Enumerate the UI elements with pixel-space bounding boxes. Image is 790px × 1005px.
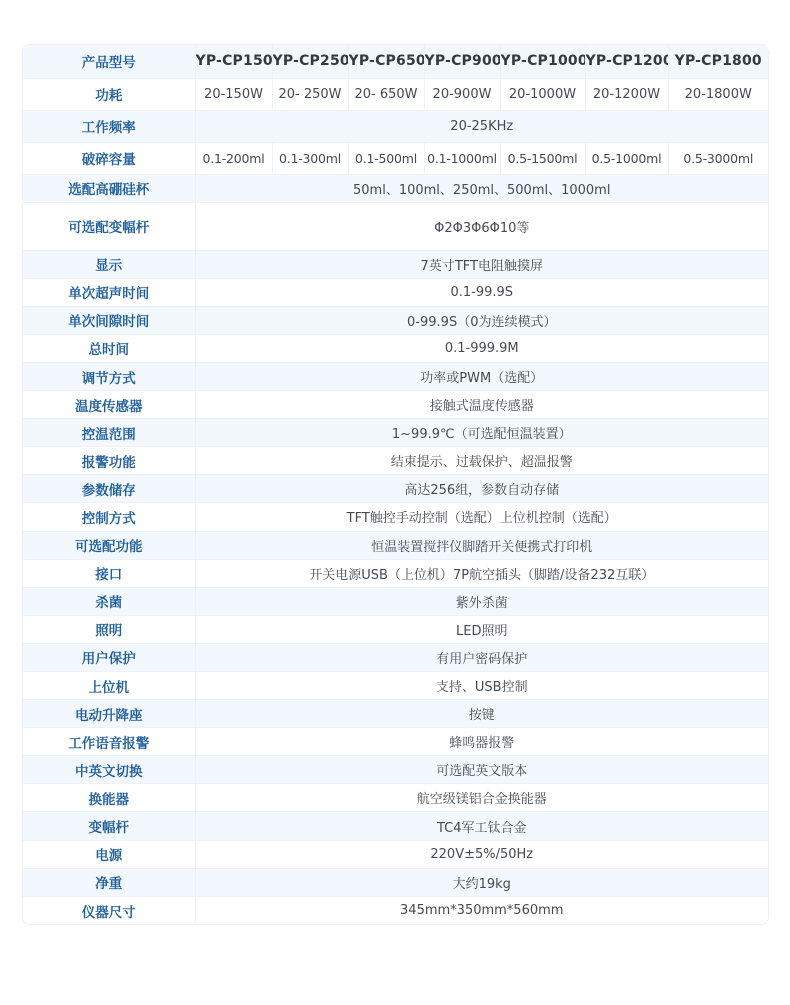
model-name: YP-CP150 <box>195 45 272 78</box>
row-value: 紫外杀菌 <box>195 587 768 615</box>
row-value: 220V±5%/50Hz <box>195 840 768 868</box>
row-frequency: 工作频率 20-25KHz <box>23 110 768 142</box>
model-name: YP-CP250 <box>272 45 348 78</box>
spec-row: 上位机支持、USB控制 <box>23 672 768 700</box>
row-value: 高达256组，参数自动存储 <box>195 475 768 503</box>
row-label: 中英文切换 <box>23 756 195 784</box>
model-name: YP-CP1200 <box>585 45 668 78</box>
row-label: 上位机 <box>23 672 195 700</box>
row-label: 电动升降座 <box>23 700 195 728</box>
spec-row: 净重大约19kg <box>23 868 768 896</box>
row-capacity: 破碎容量 0.1-200ml 0.1-300ml 0.1-500ml 0.1-1… <box>23 142 768 174</box>
spec-row: 电源220V±5%/50Hz <box>23 840 768 868</box>
row-label: 控温范围 <box>23 419 195 447</box>
spec-row: 控温范围1~99.9℃（可选配恒温装置） <box>23 419 768 447</box>
row-value: 0.1-99.9S <box>195 278 768 306</box>
row-label: 变幅杆 <box>23 812 195 840</box>
row-value: 功率或PWM（选配） <box>195 362 768 390</box>
row-label: 工作语音报警 <box>23 728 195 756</box>
spec-row: 显示7英寸TFT电阻触摸屏 <box>23 250 768 278</box>
capacity-value: 0.1-500ml <box>348 142 424 174</box>
row-value: 接触式温度传感器 <box>195 391 768 419</box>
row-label: 净重 <box>23 868 195 896</box>
capacity-value: 0.1-200ml <box>195 142 272 174</box>
row-value: Φ2Φ3Φ6Φ10等 <box>195 202 768 250</box>
row-label: 换能器 <box>23 784 195 812</box>
spec-row: 换能器航空级镁铝合金换能器 <box>23 784 768 812</box>
row-value: 7英寸TFT电阻触摸屏 <box>195 250 768 278</box>
row-label: 单次超声时间 <box>23 278 195 306</box>
frequency-value: 20-25KHz <box>195 110 768 142</box>
spec-row: 参数储存高达256组，参数自动存储 <box>23 475 768 503</box>
row-label: 电源 <box>23 840 195 868</box>
row-value: 有用户密码保护 <box>195 643 768 671</box>
spec-row: 可选配变幅杆Φ2Φ3Φ6Φ10等 <box>23 202 768 250</box>
row-label: 参数储存 <box>23 475 195 503</box>
power-value: 20- 650W <box>348 78 424 110</box>
row-value: TFT触控手动控制（选配）上位机控制（选配） <box>195 503 768 531</box>
row-power: 功耗 20-150W 20- 250W 20- 650W 20-900W 20-… <box>23 78 768 110</box>
power-value: 20-1200W <box>585 78 668 110</box>
row-label: 报警功能 <box>23 447 195 475</box>
row-label: 工作频率 <box>23 110 195 142</box>
row-value: 50ml、100ml、250ml、500ml、1000ml <box>195 174 768 202</box>
power-value: 20- 250W <box>272 78 348 110</box>
capacity-value: 0.5-1000ml <box>585 142 668 174</box>
row-label: 接口 <box>23 559 195 587</box>
row-label: 显示 <box>23 250 195 278</box>
row-label: 选配高硼硅杯 <box>23 174 195 202</box>
row-label: 控制方式 <box>23 503 195 531</box>
power-value: 20-900W <box>424 78 500 110</box>
row-value: 可选配英文版本 <box>195 756 768 784</box>
spec-row: 单次间隙时间0-99.9S（0为连续模式） <box>23 306 768 334</box>
row-label: 仪器尺寸 <box>23 896 195 924</box>
model-name: YP-CP1800 <box>668 45 768 78</box>
row-label: 照明 <box>23 615 195 643</box>
row-value: 1~99.9℃（可选配恒温装置） <box>195 419 768 447</box>
row-label: 可选配功能 <box>23 531 195 559</box>
power-value: 20-150W <box>195 78 272 110</box>
row-label: 用户保护 <box>23 643 195 671</box>
spec-row: 总时间0.1-999.9M <box>23 334 768 362</box>
spec-row: 变幅杆TC4军工钛合金 <box>23 812 768 840</box>
row-label: 总时间 <box>23 334 195 362</box>
row-label: 可选配变幅杆 <box>23 202 195 250</box>
spec-row: 调节方式功率或PWM（选配） <box>23 362 768 390</box>
spec-row: 单次超声时间0.1-99.9S <box>23 278 768 306</box>
spec-row: 杀菌紫外杀菌 <box>23 587 768 615</box>
row-value: 支持、USB控制 <box>195 672 768 700</box>
spec-row: 可选配功能恒温装置搅拌仪脚踏开关便携式打印机 <box>23 531 768 559</box>
spec-row: 选配高硼硅杯50ml、100ml、250ml、500ml、1000ml <box>23 174 768 202</box>
spec-row: 用户保护有用户密码保护 <box>23 643 768 671</box>
spec-row: 温度传感器接触式温度传感器 <box>23 391 768 419</box>
capacity-value: 0.1-1000ml <box>424 142 500 174</box>
row-label: 杀菌 <box>23 587 195 615</box>
spec-row: 控制方式TFT触控手动控制（选配）上位机控制（选配） <box>23 503 768 531</box>
row-value: LED照明 <box>195 615 768 643</box>
spec-row: 报警功能结束提示、过载保护、超温报警 <box>23 447 768 475</box>
row-label: 破碎容量 <box>23 142 195 174</box>
spec-table-grid: 产品型号 YP-CP150 YP-CP250 YP-CP650 YP-CP900… <box>23 45 768 924</box>
spec-row: 照明LED照明 <box>23 615 768 643</box>
row-value: 0.1-999.9M <box>195 334 768 362</box>
capacity-value: 0.1-300ml <box>272 142 348 174</box>
spec-row: 中英文切换可选配英文版本 <box>23 756 768 784</box>
row-value: 蜂鸣器报警 <box>195 728 768 756</box>
row-value: 开关电源USB（上位机）7P航空插头（脚踏/设备232互联） <box>195 559 768 587</box>
spec-row: 仪器尺寸345mm*350mm*560mm <box>23 896 768 924</box>
row-label: 调节方式 <box>23 362 195 390</box>
row-value: 0-99.9S（0为连续模式） <box>195 306 768 334</box>
row-label: 功耗 <box>23 78 195 110</box>
row-value: 大约19kg <box>195 868 768 896</box>
spec-table: 产品型号 YP-CP150 YP-CP250 YP-CP650 YP-CP900… <box>22 44 769 925</box>
capacity-value: 0.5-1500ml <box>500 142 585 174</box>
row-label: 温度传感器 <box>23 391 195 419</box>
spec-row: 工作语音报警蜂鸣器报警 <box>23 728 768 756</box>
spec-row: 电动升降座按键 <box>23 700 768 728</box>
row-label: 单次间隙时间 <box>23 306 195 334</box>
row-model: 产品型号 YP-CP150 YP-CP250 YP-CP650 YP-CP900… <box>23 45 768 78</box>
row-value: 结束提示、过载保护、超温报警 <box>195 447 768 475</box>
row-label: 产品型号 <box>23 45 195 78</box>
row-value: 按键 <box>195 700 768 728</box>
row-value: TC4军工钛合金 <box>195 812 768 840</box>
row-value: 恒温装置搅拌仪脚踏开关便携式打印机 <box>195 531 768 559</box>
power-value: 20-1800W <box>668 78 768 110</box>
spec-row: 接口开关电源USB（上位机）7P航空插头（脚踏/设备232互联） <box>23 559 768 587</box>
capacity-value: 0.5-3000ml <box>668 142 768 174</box>
model-name: YP-CP650 <box>348 45 424 78</box>
model-name: YP-CP900 <box>424 45 500 78</box>
model-name: YP-CP1000 <box>500 45 585 78</box>
row-value: 航空级镁铝合金换能器 <box>195 784 768 812</box>
power-value: 20-1000W <box>500 78 585 110</box>
row-value: 345mm*350mm*560mm <box>195 896 768 924</box>
